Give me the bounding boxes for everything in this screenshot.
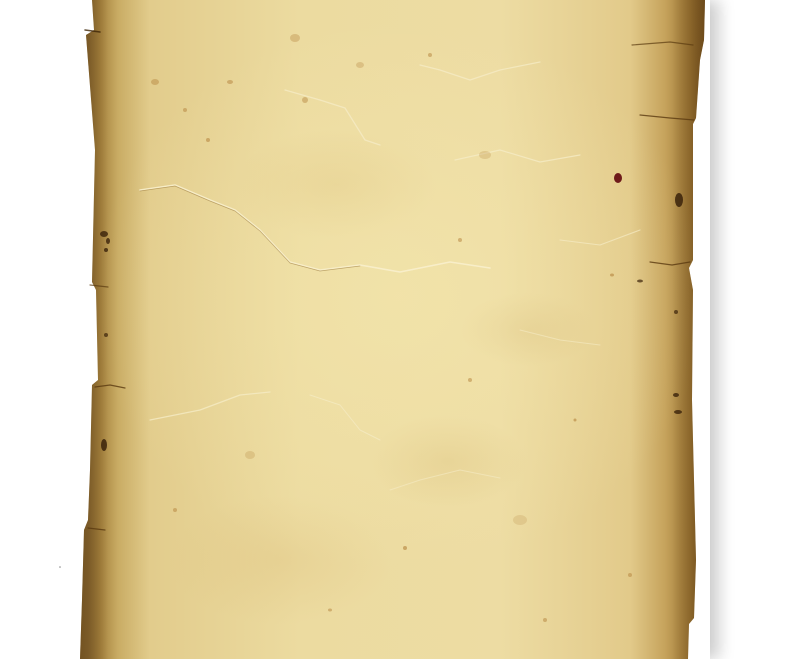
stray-speck [59, 566, 61, 568]
image-canvas [0, 0, 800, 659]
foxing-spots [151, 34, 632, 622]
ink-drop [614, 173, 622, 183]
cracks [85, 30, 694, 530]
texture-overlay [0, 0, 800, 659]
